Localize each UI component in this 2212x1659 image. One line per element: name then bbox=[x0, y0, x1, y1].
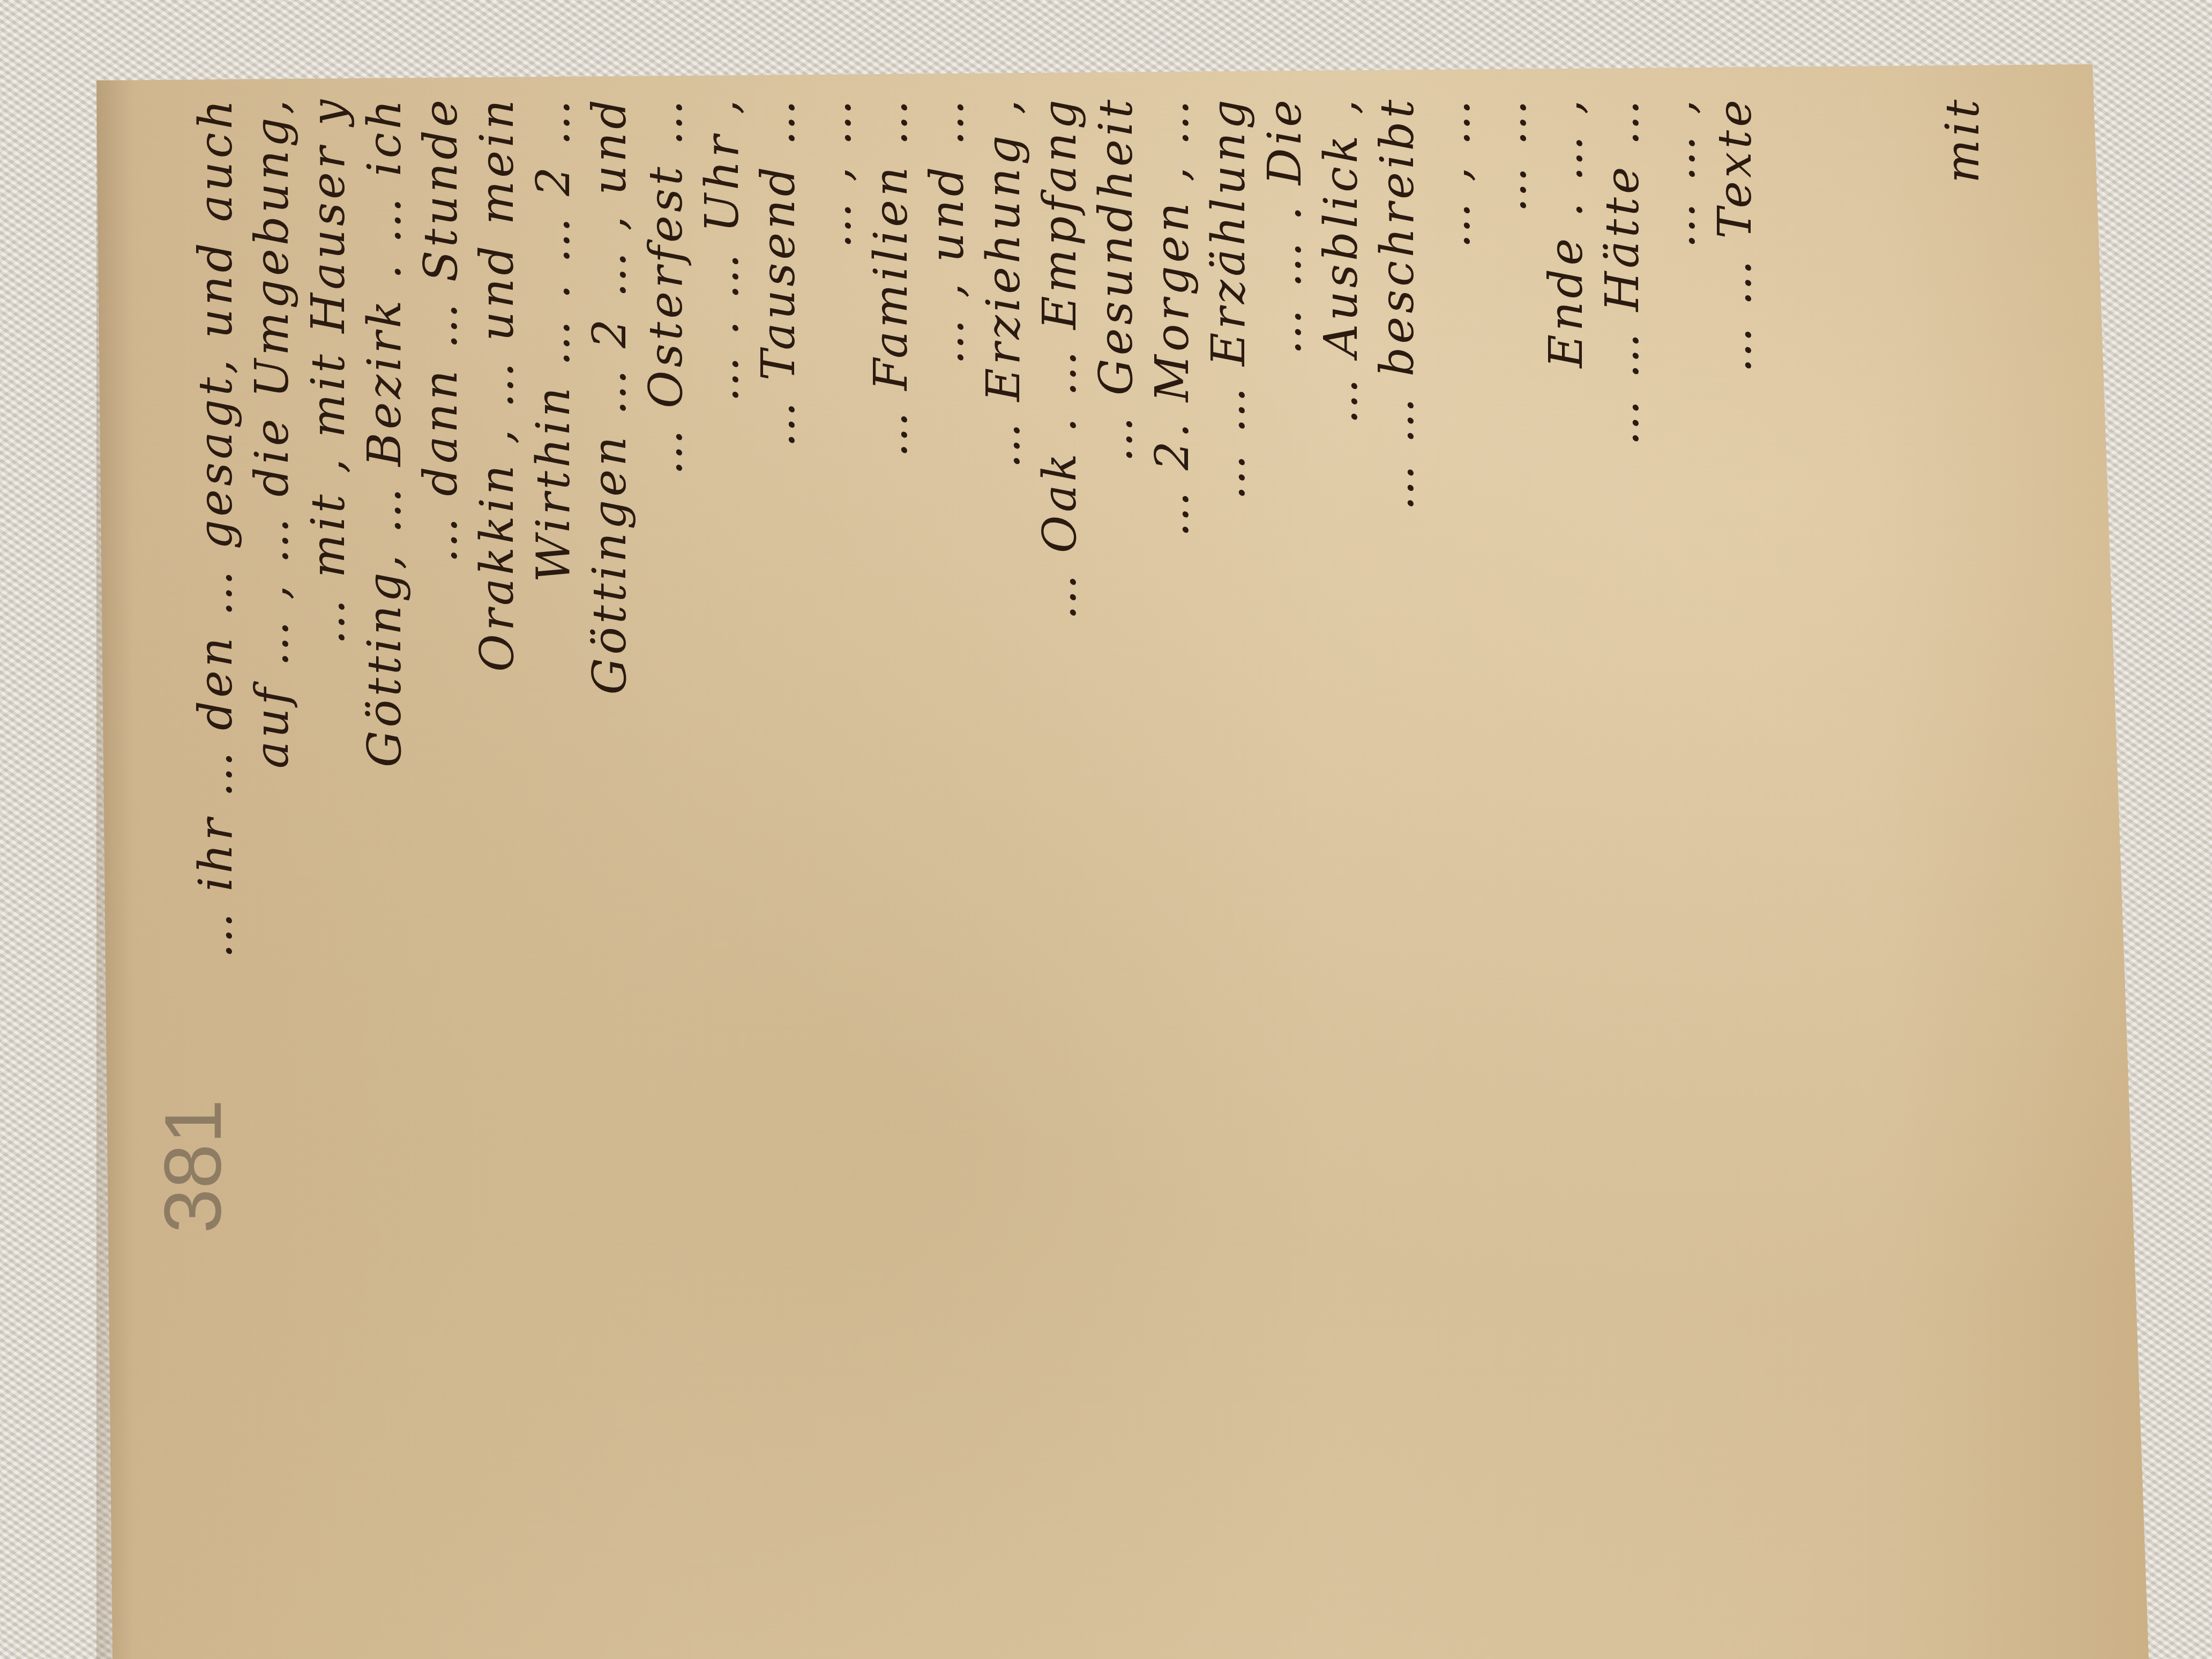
text-line: … Familien … bbox=[868, 96, 914, 458]
text-line: … , und … bbox=[924, 96, 970, 365]
text-line: … Tausend … bbox=[756, 96, 802, 448]
text-line: Göttingen … 2 … , und bbox=[587, 96, 633, 694]
text-line: … ihr … den … gesagt, und auch bbox=[193, 96, 239, 959]
text-line: auf … , … die Umgebung, bbox=[249, 96, 295, 768]
text-line: … Gesundheit bbox=[1093, 96, 1139, 462]
text-line: … 2. Morgen , … bbox=[1149, 96, 1195, 537]
text-line: … … . Die bbox=[1262, 96, 1308, 355]
text-line: Orakkin , … und mein bbox=[474, 96, 520, 672]
text-line: … . … Uhr , bbox=[699, 96, 745, 402]
text-line: Ende . … , bbox=[1543, 96, 1589, 368]
text-line: … … Texte bbox=[1712, 96, 1758, 373]
text-line: … Oak . … Empfang bbox=[1037, 96, 1083, 621]
text-line: … … , bbox=[1656, 96, 1702, 249]
text-line: … mit , mit Hauser y bbox=[305, 96, 352, 645]
pencil-page-number: 381 bbox=[147, 1099, 240, 1233]
text-line: Götting, … Bezirk . … ich bbox=[362, 96, 408, 767]
text-line: … , … bbox=[1431, 96, 1477, 249]
text-line: … … Hätte … bbox=[1600, 96, 1646, 446]
text-line: … Osterfest … bbox=[643, 96, 689, 475]
text-line: mit bbox=[1940, 96, 1986, 183]
text-line: … … beschreibt bbox=[1374, 96, 1421, 511]
text-line: … Erziehung , bbox=[981, 96, 1027, 469]
text-line: … , … bbox=[812, 96, 858, 249]
page-edge-shadow bbox=[96, 80, 134, 1659]
text-line: … dann … Stunde bbox=[418, 96, 464, 563]
text-line: … … Erzählung bbox=[1206, 96, 1252, 500]
text-line: … … bbox=[1487, 96, 1533, 213]
text-line: Wirthin … . … 2 … bbox=[530, 96, 577, 582]
text-line: … Ausblick , bbox=[1318, 96, 1364, 424]
